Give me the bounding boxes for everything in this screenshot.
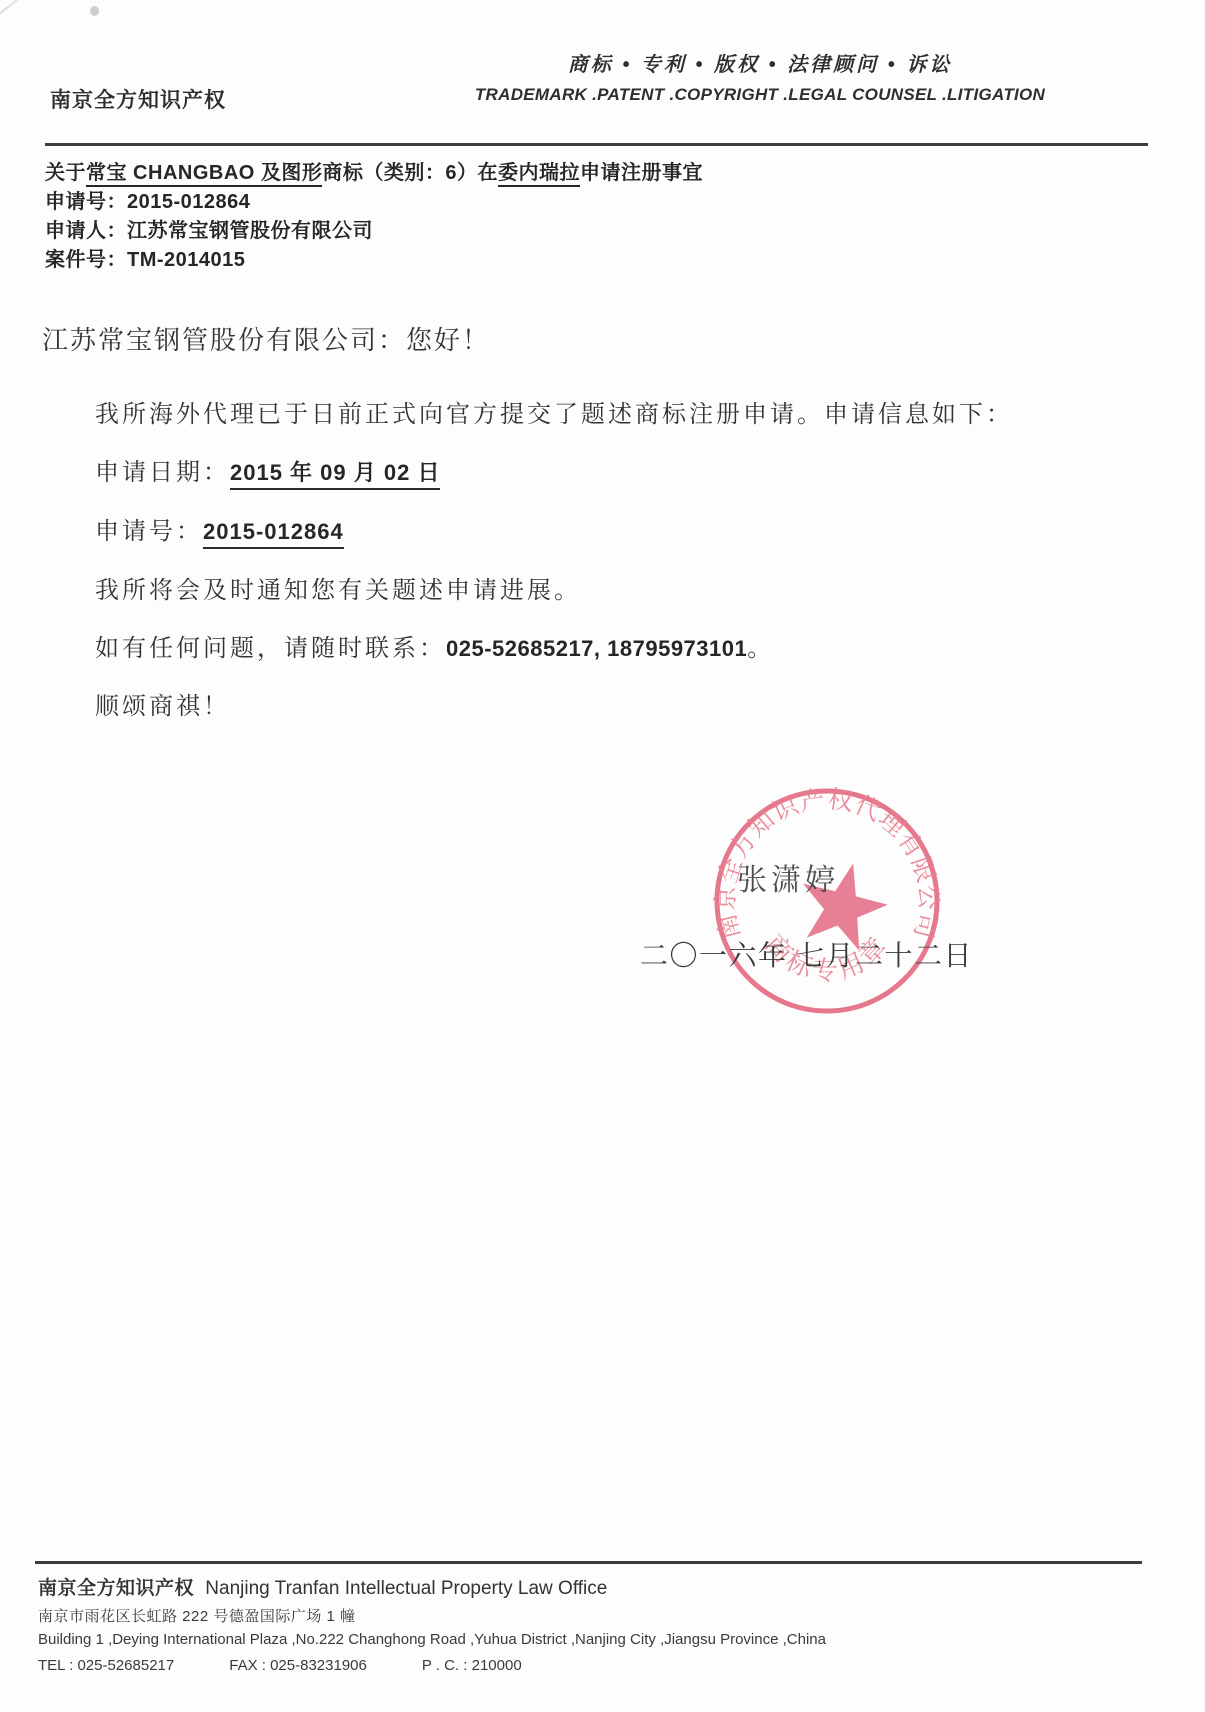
application-number-line: 申请号：2015-012864	[45, 188, 703, 217]
applicant-label: 申请人：	[45, 220, 127, 242]
case-number-value: TM-2014015	[127, 249, 245, 271]
footer-fax-value: 025-83231906	[270, 1657, 367, 1674]
subject-prefix: 关于	[45, 162, 86, 184]
footer-fax-label: FAX :	[229, 1657, 270, 1674]
letterhead-company-name: 南京全方知识产权	[50, 84, 226, 114]
filing-date-value: 2015 年 09 月 02 日	[230, 460, 440, 490]
footer-divider	[35, 1561, 1142, 1564]
filing-date-line: 申请日期：2015 年 09 月 02 日	[95, 452, 440, 487]
footer-postcode-value: 210000	[472, 1657, 522, 1674]
country-name-underlined: 委内瑞拉	[498, 162, 580, 187]
applicant-line: 申请人：江苏常宝钢管股份有限公司	[45, 217, 703, 246]
signer-name: 张潇婷	[737, 855, 839, 899]
footer-contact-line: TEL : 025-52685217 FAX : 025-83231906 P …	[38, 1657, 577, 1674]
footer-company-line: 南京全方知识产权 Nanjing Tranfan Intellectual Pr…	[38, 1573, 607, 1600]
case-number-label: 案件号：	[45, 249, 127, 271]
scan-artifact-dot	[90, 6, 99, 16]
body-paragraph-1: 我所海外代理已于日前正式向官方提交了题述商标注册申请。申请信息如下：	[95, 394, 1013, 429]
closing-salutation: 顺颂商祺！	[95, 686, 230, 721]
footer-address-en: Building 1 ,Deying International Plaza ,…	[38, 1631, 826, 1648]
contact-line: 如有任何问题，请随时联系：025-52685217, 18795973101。	[95, 628, 774, 663]
footer-address-cn: 南京市雨花区长虹路 222 号德盈国际广场 1 幢	[38, 1605, 356, 1626]
applicant-value: 江苏常宝钢管股份有限公司	[127, 220, 373, 242]
subject-title-line: 关于常宝 CHANGBAO 及图形商标（类别：6）在委内瑞拉申请注册事宜	[45, 159, 703, 188]
subject-suffix: 申请注册事宜	[580, 162, 703, 184]
filing-date-label: 申请日期：	[95, 460, 230, 486]
tagline-chinese: 商标 • 专利 • 版权 • 法律顾问 • 诉讼	[420, 48, 1100, 77]
case-number-line: 案件号：TM-2014015	[45, 246, 703, 275]
letterhead-taglines: 商标 • 专利 • 版权 • 法律顾问 • 诉讼 TRADEMARK .PATE…	[420, 48, 1100, 105]
company-seal-stamp: 南京全方知识产权代理有限公司 商标专用章	[712, 786, 942, 1016]
contact-suffix: 。	[747, 636, 774, 662]
trademark-name-underlined: 常宝 CHANGBAO 及图形	[86, 162, 322, 187]
greeting-line: 江苏常宝钢管股份有限公司：您好！	[42, 320, 490, 357]
footer-postcode-label: P . C. :	[422, 1657, 472, 1674]
letter-page: 南京全方知识产权 商标 • 专利 • 版权 • 法律顾问 • 诉讼 TRADEM…	[0, 0, 1205, 1712]
application-number-value: 2015-012864	[127, 191, 250, 213]
footer-tel-value: 025-52685217	[77, 1657, 174, 1674]
filing-number-line: 申请号：2015-012864	[95, 511, 344, 546]
application-number-label: 申请号：	[45, 191, 127, 213]
contact-phone-numbers: 025-52685217, 18795973101	[446, 636, 747, 661]
signature-date: 二〇一六年 七月二十二日	[640, 934, 973, 974]
body-paragraph-2: 我所将会及时通知您有关题述申请进展。	[95, 570, 581, 605]
footer-tel: TEL : 025-52685217	[38, 1657, 174, 1674]
subject-block: 关于常宝 CHANGBAO 及图形商标（类别：6）在委内瑞拉申请注册事宜 申请号…	[45, 159, 703, 275]
footer-fax: FAX : 025-83231906	[229, 1657, 367, 1674]
footer-company-cn: 南京全方知识产权	[38, 1578, 194, 1599]
footer-tel-label: TEL :	[38, 1657, 77, 1674]
filing-number-label: 申请号：	[95, 519, 203, 545]
header-divider	[45, 143, 1148, 146]
footer-postcode: P . C. : 210000	[422, 1657, 522, 1674]
subject-mid: 商标（类别：6）在	[322, 162, 498, 184]
footer-company-en: Nanjing Tranfan Intellectual Property La…	[205, 1578, 607, 1599]
filing-number-value: 2015-012864	[203, 519, 344, 549]
tagline-english: TRADEMARK .PATENT .COPYRIGHT .LEGAL COUN…	[420, 85, 1100, 105]
contact-prefix: 如有任何问题，请随时联系：	[95, 636, 446, 662]
